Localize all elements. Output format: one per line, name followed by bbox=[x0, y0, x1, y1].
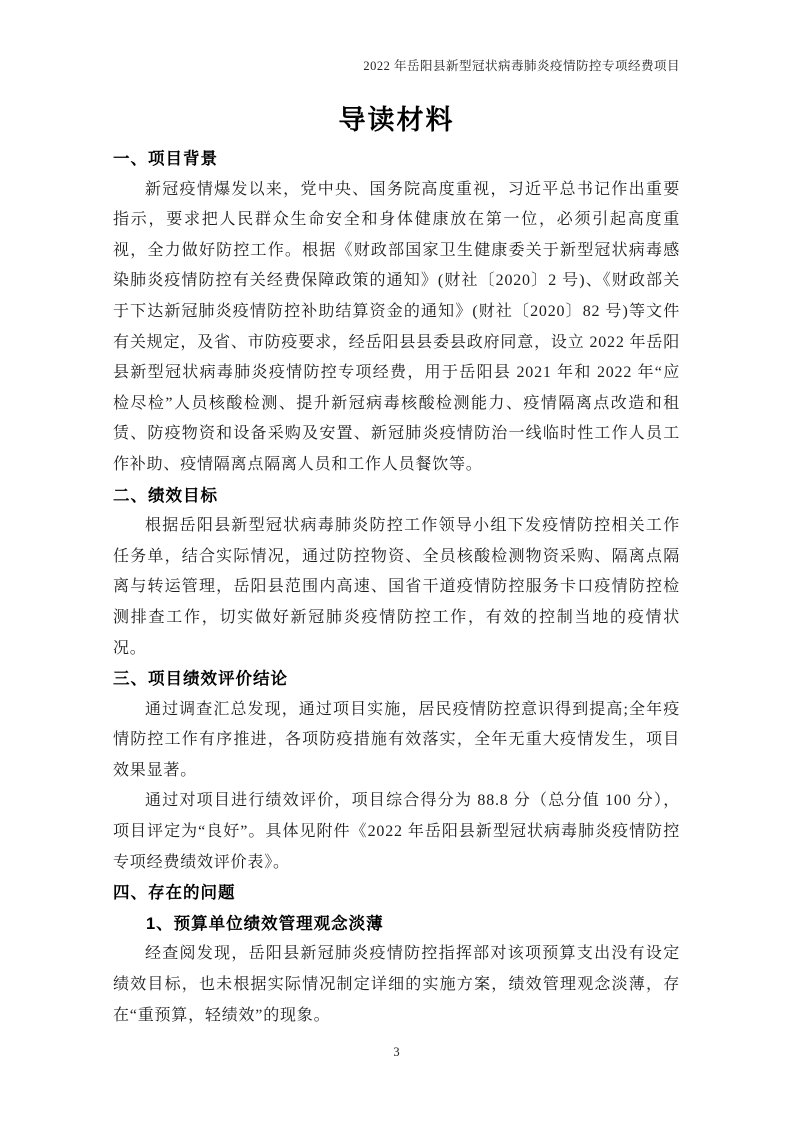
section-heading-existing-problems: 四、存在的问题 bbox=[113, 878, 680, 909]
section-heading-evaluation-conclusion: 三、项目绩效评价结论 bbox=[113, 664, 680, 695]
document-page: 2022 年岳阳县新型冠状病毒肺炎疫情防控专项经费项目 导读材料 一、项目背景 … bbox=[0, 0, 793, 1122]
subsection-heading-weak-performance-awareness: 1、预算单位绩效管理观念淡薄 bbox=[113, 909, 680, 940]
section-heading-performance-goals: 二、绩效目标 bbox=[113, 481, 680, 512]
paragraph-weak-performance-awareness: 经查阅发现，岳阳县新冠肺炎疫情防控指挥部对该项预算支出没有设定绩效目标，也未根据… bbox=[113, 939, 680, 1031]
paragraph-evaluation-conclusion-1: 通过调查汇总发现，通过项目实施，居民疫情防控意识得到提高;全年疫情防控工作有序推… bbox=[113, 695, 680, 787]
paragraph-evaluation-conclusion-2: 通过对项目进行绩效评价，项目综合得分为 88.8 分（总分值 100 分），项目… bbox=[113, 786, 680, 878]
page-number: 3 bbox=[0, 1045, 793, 1060]
running-header: 2022 年岳阳县新型冠状病毒肺炎疫情防控专项经费项目 bbox=[113, 58, 680, 74]
paragraph-project-background: 新冠疫情爆发以来，党中央、国务院高度重视，习近平总书记作出重要指示，要求把人民群… bbox=[113, 175, 680, 481]
document-title: 导读材料 bbox=[113, 100, 680, 140]
section-heading-project-background: 一、项目背景 bbox=[113, 144, 680, 175]
paragraph-performance-goals: 根据岳阳县新型冠状病毒肺炎防控工作领导小组下发疫情防控相关工作任务单，结合实际情… bbox=[113, 511, 680, 664]
